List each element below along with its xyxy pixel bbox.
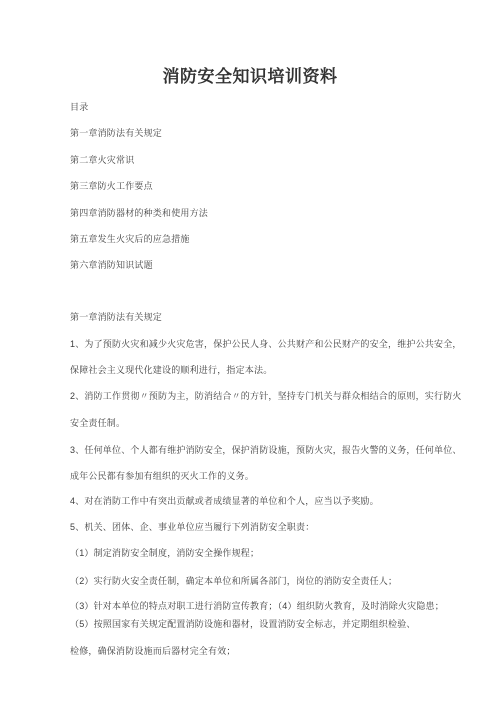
- toc-item-chapter1: 第一章消防法有关规定: [70, 127, 162, 139]
- text-line: （1）制定消防安全制度，消防安全操作规程；: [70, 547, 259, 559]
- text-line: 2、消防工作贯彻〃预防为主，防消结合〃的方针，坚持专门机关与群众相结合的原则，实…: [70, 390, 462, 402]
- text-line: 4、对在消防工作中有突出贡献或者成绩显著的单位和个人，应当以予奖励。: [70, 495, 379, 507]
- text-line: （2）实行防火安全责任制，确定本单位和所属各部门，岗位的消防安全责任人；: [70, 575, 397, 587]
- toc-item-chapter4: 第四章消防器材的种类和使用方法: [70, 207, 208, 219]
- text-line: 1、为了预防火灾和减少火灾危害，保护公民人身、公共财产和公民财产的安全，维护公共…: [70, 338, 462, 350]
- text-line: （5）按照国家有关规定配置消防设施和器材，设置消防安全标志，并定期组织检验、: [70, 618, 416, 630]
- text-line: 保障社会主义现代化建设的顺利进行，指定本法。: [70, 364, 272, 376]
- text-line: 3、任何单位、个人都有维护消防安全，保护消防设施，预防火灾，报告火警的义务，任何…: [70, 444, 462, 456]
- toc-item-chapter3: 第三章防火工作要点: [70, 180, 153, 192]
- text-line: 检修，确保消防设施而后器材完全有效；: [70, 645, 236, 657]
- toc-item-chapter2: 第二章火灾常识: [70, 154, 134, 166]
- toc-item-chapter5: 第五章发生火灾后的应急措施: [70, 233, 190, 245]
- text-line: 5、机关、团体、企、事业单位应当履行下列消防安全职责：: [70, 521, 314, 533]
- text-line: 成年公民都有参加有组织的灭火工作的义务。: [70, 470, 254, 482]
- text-line: 安全责任制。: [70, 417, 125, 429]
- section-heading: 第一章消防法有关规定: [70, 311, 162, 323]
- document-page: 消防安全知识培训资料 目录 第一章消防法有关规定 第二章火灾常识 第三章防火工作…: [0, 0, 500, 707]
- toc-heading: 目录: [70, 101, 88, 113]
- document-title: 消防安全知识培训资料: [0, 62, 500, 87]
- toc-item-chapter6: 第六章消防知识试题: [70, 259, 153, 271]
- text-line: （3）针对本单位的特点对职工进行消防宣传教育；（4）组织防火教育，及时消除火灾隐…: [70, 600, 444, 612]
